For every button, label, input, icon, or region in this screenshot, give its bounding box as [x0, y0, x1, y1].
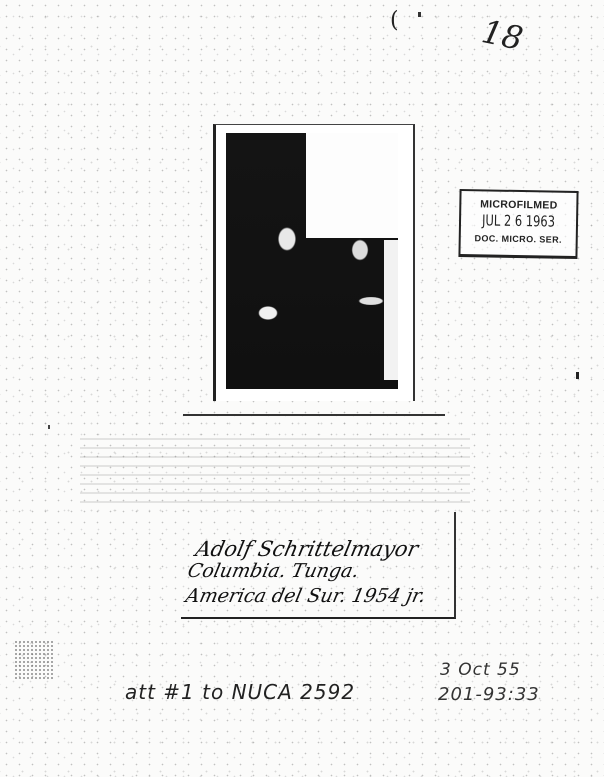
smudge-mark — [14, 640, 54, 680]
inscription-region-year: America del Sur. 1954 jr. — [184, 585, 428, 607]
stamp-title: MICROFILMED — [461, 198, 576, 212]
stamp-department: DOC. MICRO. SER. — [461, 233, 576, 245]
photo-edge-light — [384, 240, 398, 380]
margin-mark — [576, 372, 579, 379]
stamp-date: JUL 2 6 1963 — [470, 211, 568, 231]
microfilmed-stamp: MICROFILMED JUL 2 6 1963 DOC. MICRO. SER… — [458, 189, 578, 259]
faded-bleedthrough-text — [80, 438, 470, 508]
photo-underline — [183, 414, 445, 416]
date-annotation: 3 Oct 55 — [440, 660, 521, 680]
top-dot-mark — [418, 12, 421, 17]
top-paren-mark: ( — [390, 8, 399, 33]
inscription-place: Columbia. Tunga. — [186, 560, 361, 582]
page-number: 18 — [478, 12, 526, 58]
photo-background-light — [306, 133, 398, 238]
file-number-annotation: att #1 to NUCA 2592 — [125, 680, 355, 704]
inscription-name: Adolf Schrittelmayor — [193, 537, 420, 561]
reference-number-annotation: 201-93:33 — [438, 684, 540, 705]
margin-mark-left — [48, 425, 50, 429]
